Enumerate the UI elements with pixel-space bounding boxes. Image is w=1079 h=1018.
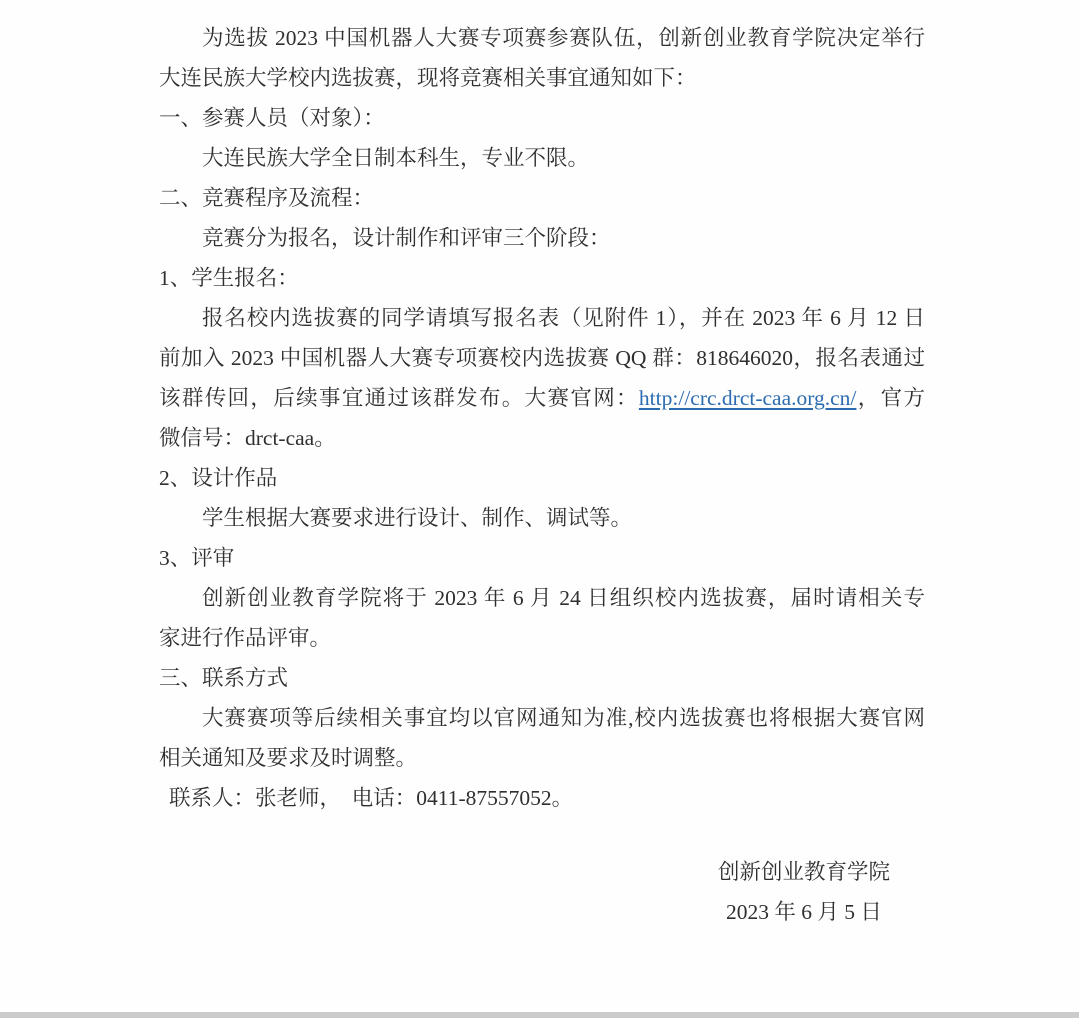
intro-line-1: 为选拔 2023 中国机器人大赛专项赛参赛队伍，创新创业教育学院决定举行: [159, 18, 925, 58]
signature-org: 创新创业教育学院: [718, 852, 890, 892]
signup-line-3-text-after: ，官方: [856, 386, 925, 410]
signup-line-1: 报名校内选拔赛的同学请填写报名表（见附件 1），并在 2023 年 6 月 12…: [159, 298, 925, 338]
participants-line: 大连民族大学全日制本科生，专业不限。: [159, 138, 925, 178]
signature-block: 创新创业教育学院 2023 年 6 月 5 日: [718, 852, 890, 932]
item-1-heading: 1、学生报名：: [159, 258, 925, 298]
contact-notice-line-2: 相关通知及要求及时调整。: [159, 738, 925, 778]
signup-line-3: 该群传回，后续事宜通过该群发布。大赛官网：http://crc.drct-caa…: [159, 378, 925, 418]
stages-line: 竞赛分为报名，设计制作和评审三个阶段：: [159, 218, 925, 258]
design-line: 学生根据大赛要求进行设计、制作、调试等。: [159, 498, 925, 538]
contact-person-line: 联系人：张老师， 电话：0411-87557052。: [159, 778, 925, 818]
review-line-1: 创新创业教育学院将于 2023 年 6 月 24 日组织校内选拔赛，届时请相关专: [159, 578, 925, 618]
signup-line-2: 前加入 2023 中国机器人大赛专项赛校内选拔赛 QQ 群：818646020，…: [159, 338, 925, 378]
section-2-heading: 二、竞赛程序及流程：: [159, 178, 925, 218]
section-3-heading: 三、联系方式: [159, 658, 925, 698]
review-line-2: 家进行作品评审。: [159, 618, 925, 658]
item-2-heading: 2、设计作品: [159, 458, 925, 498]
section-1-heading: 一、参赛人员（对象）：: [159, 98, 925, 138]
signature-date: 2023 年 6 月 5 日: [718, 892, 890, 932]
signup-line-4: 微信号：drct-caa。: [159, 418, 925, 458]
page-bottom-edge: [0, 1012, 1079, 1018]
notice-document: 为选拔 2023 中国机器人大赛专项赛参赛队伍，创新创业教育学院决定举行 大连民…: [159, 18, 925, 932]
item-3-heading: 3、评审: [159, 538, 925, 578]
contact-notice-line-1: 大赛赛项等后续相关事宜均以官网通知为准,校内选拔赛也将根据大赛官网: [159, 698, 925, 738]
official-website-link[interactable]: http://crc.drct-caa.org.cn/: [639, 386, 857, 410]
signup-line-3-text-before: 该群传回，后续事宜通过该群发布。大赛官网：: [159, 386, 639, 410]
intro-line-2: 大连民族大学校内选拔赛，现将竞赛相关事宜通知如下：: [159, 58, 925, 98]
